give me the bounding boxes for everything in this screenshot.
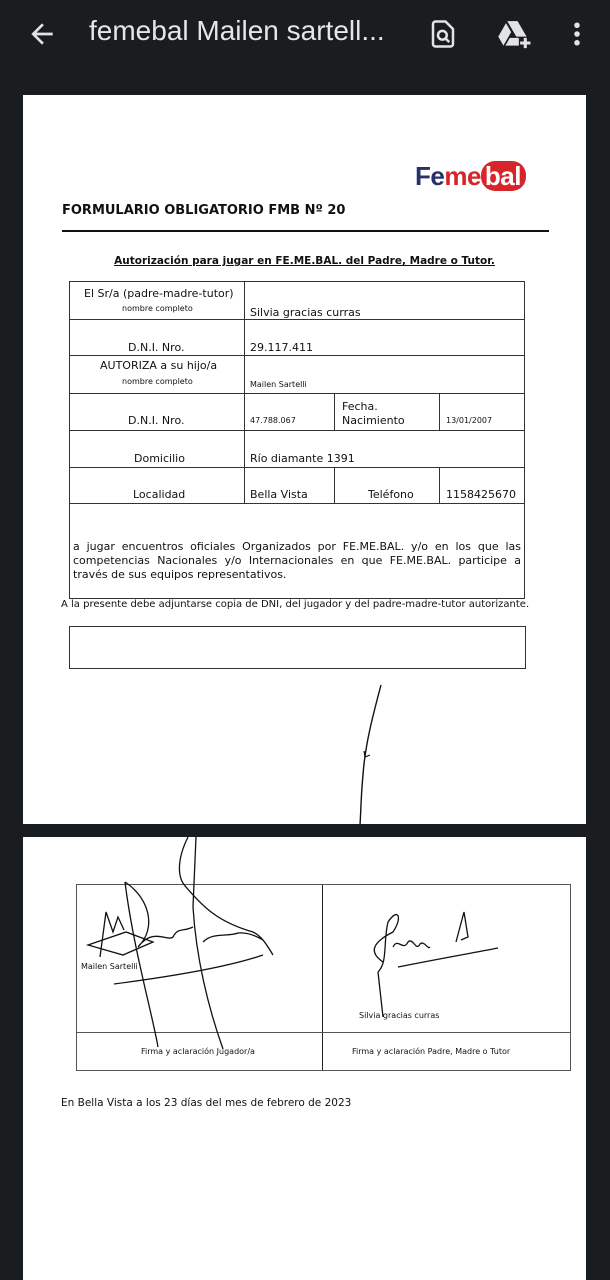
empty-box — [69, 626, 526, 669]
document-title: femebal Mailen sartell... — [89, 15, 385, 47]
find-in-page-icon[interactable] — [428, 18, 458, 50]
pdf-page-2: Mailen Sartelli Silvia gracias curras Fi… — [23, 837, 586, 1280]
city-label: Localidad — [133, 488, 185, 501]
birth-label-1: Fecha. — [342, 400, 378, 413]
birth-date-value: 13/01/2007 — [446, 416, 492, 425]
parent-label: El Sr/a (padre-madre-tutor) — [84, 287, 234, 300]
parent-signature-caption: Firma y aclaración Padre, Madre o Tutor — [352, 1047, 510, 1056]
signature-stroke — [353, 685, 383, 825]
child-dni-label: D.N.I. Nro. — [128, 414, 184, 427]
app-bar: femebal Mailen sartell... — [0, 0, 610, 95]
parent-name-value: Silvia gracias curras — [250, 306, 361, 319]
add-to-drive-icon[interactable] — [497, 18, 533, 50]
form-title: FORMULARIO OBLIGATORIO FMB Nº 20 — [62, 203, 345, 218]
more-vert-icon[interactable] — [562, 18, 592, 50]
child-sublabel: nombre completo — [122, 377, 193, 386]
child-label: AUTORIZA a su hijo/a — [100, 359, 217, 372]
title-rule — [62, 230, 549, 232]
parent-sublabel: nombre completo — [122, 304, 193, 313]
address-label: Domicilio — [134, 452, 185, 465]
child-dni-value: 47.788.067 — [250, 416, 296, 425]
form-subtitle: Autorización para jugar en FE.ME.BAL. de… — [23, 255, 586, 267]
player-signature — [78, 837, 298, 1052]
dni-note: A la presente debe adjuntarse copia de D… — [61, 599, 529, 610]
back-arrow-icon[interactable] — [26, 18, 58, 50]
child-name-value: Mailen Sartelli — [250, 380, 307, 389]
parent-dni-label: D.N.I. Nro. — [128, 341, 184, 354]
parent-signature — [358, 892, 518, 1032]
parent-dni-value: 29.117.411 — [250, 341, 313, 354]
date-place-line: En Bella Vista a los 23 días del mes de … — [61, 1097, 351, 1109]
phone-value: 1158425670 — [446, 488, 516, 501]
address-value: Río diamante 1391 — [250, 452, 355, 465]
city-value: Bella Vista — [250, 488, 308, 501]
femebal-logo: Femebal — [415, 161, 526, 192]
pdf-page-1: Femebal FORMULARIO OBLIGATORIO FMB Nº 20… — [23, 95, 586, 824]
phone-label: Teléfono — [368, 488, 414, 501]
birth-label-2: Nacimiento — [342, 414, 405, 427]
authorization-text: a jugar encuentros oficiales Organizados… — [73, 540, 521, 582]
